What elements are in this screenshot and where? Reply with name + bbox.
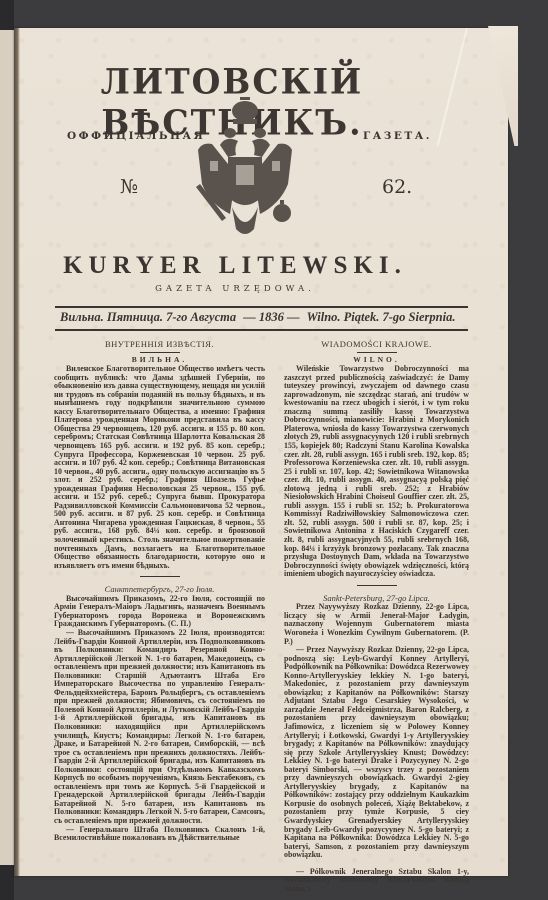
dateline-rule-top bbox=[55, 306, 468, 308]
article-text: Виленское Благотворительное Общество имѣ… bbox=[54, 365, 265, 570]
divider bbox=[357, 352, 397, 353]
masthead-subtitle-polish: GAZETA URZĘDOWA. bbox=[30, 284, 440, 294]
dateline-polish: Wilno. Piątek. 7-go Sierpnia. bbox=[307, 310, 456, 324]
column-russian: ВНУТРЕННІЯ ИЗВѢСТІЯ. ВИЛЬНА. Виленское Б… bbox=[54, 340, 265, 843]
section-title: ВНУТРЕННІЯ ИЗВѢСТІЯ. bbox=[54, 340, 265, 349]
article-text: Przez Nayywyższy Rozkaz Dzienny, 22-go L… bbox=[284, 603, 469, 646]
article-text: — Высочайшимъ Приказомъ 22 Іюля, произво… bbox=[54, 629, 265, 826]
dateline-rule-bottom bbox=[55, 329, 468, 331]
masthead-label-official: ОФФИЦІАЛЬНАЯ bbox=[67, 130, 205, 142]
column-polish: WIADOMOŚCI KRAJOWE. WILNO. Wileńskie Tow… bbox=[284, 340, 469, 893]
article-dateline: Sankt-Petersburg, 27-go Lipca. bbox=[284, 594, 469, 603]
divider bbox=[140, 352, 180, 353]
divider bbox=[140, 576, 180, 577]
issue-number: 62. bbox=[382, 176, 412, 198]
article-text: — Генеральнаго Штаба Полковникъ Скалонъ … bbox=[54, 826, 265, 843]
article-dateline: Санктпетербургъ, 27-го Іюля. bbox=[54, 585, 265, 594]
place-heading: ВИЛЬНА. bbox=[54, 356, 265, 365]
masthead-label-gazette: ГАЗЕТА. bbox=[363, 130, 432, 142]
dateline: Вильна. Пятница. 7-го Августа — 1836 — W… bbox=[60, 310, 465, 325]
issue-number-sign: № bbox=[120, 176, 138, 198]
article-text: — Półkownik Jeneralnego Sztabu Skalon 1-… bbox=[284, 868, 469, 894]
section-title: WIADOMOŚCI KRAJOWE. bbox=[284, 340, 469, 349]
article-text: Высочайшимъ Приказомъ, 22-го Іюля, состо… bbox=[54, 595, 265, 629]
page-binding-edge bbox=[14, 28, 20, 876]
folded-corner bbox=[488, 26, 518, 146]
dateline-year: — 1836 — bbox=[243, 310, 299, 324]
dateline-russian: Вильна. Пятница. 7-го Августа bbox=[60, 310, 236, 324]
article-text: Wileńskie Towarzystwo Dobroczynności ma … bbox=[284, 365, 469, 579]
double-headed-eagle-icon bbox=[190, 95, 300, 245]
divider bbox=[357, 585, 397, 586]
place-heading: WILNO. bbox=[284, 356, 469, 365]
article-text: — Przez Naywyższy Rozkaz Dzienny, 22-go … bbox=[284, 646, 469, 860]
masthead-title-polish: KURYER LITEWSKI. bbox=[30, 252, 440, 280]
